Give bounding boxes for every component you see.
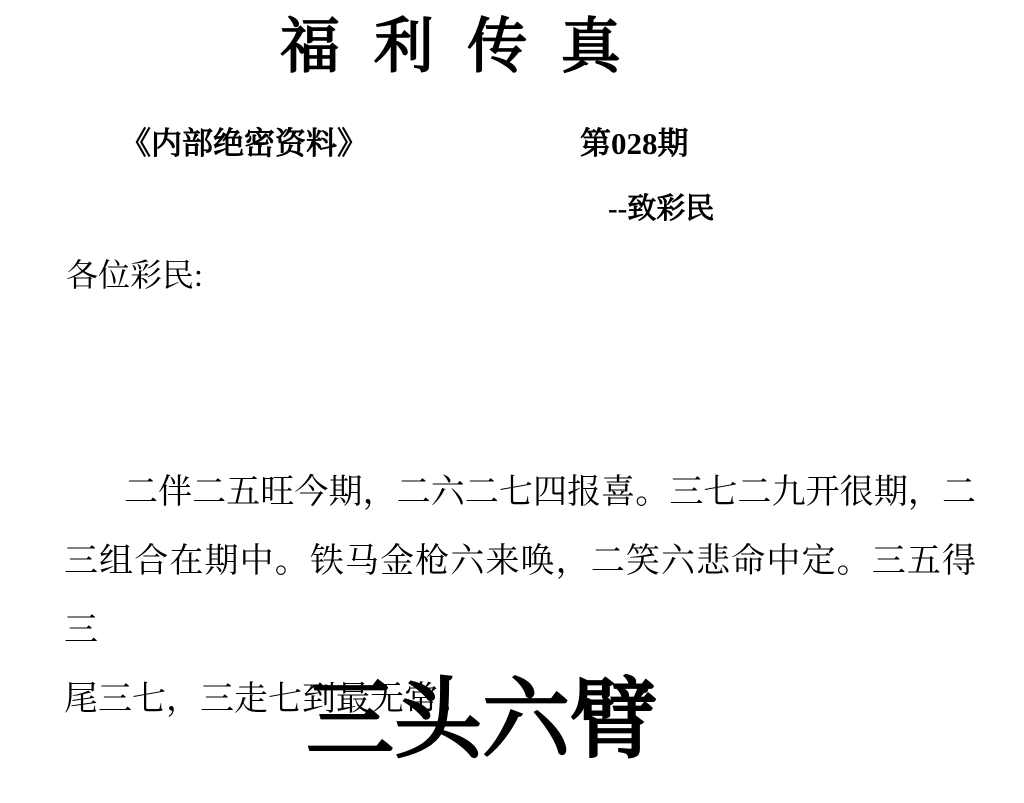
source-label: 《内部绝密资料》: [120, 118, 368, 163]
document-page: 福利传真 《内部绝密资料》 第028期 --致彩民 各位彩民: 二伴二五旺今期，…: [0, 0, 1024, 803]
headline-text: 三头六臂: [0, 672, 964, 772]
salutation-line: 各位彩民:: [66, 250, 203, 296]
dedication-line: --致彩民: [608, 186, 714, 227]
document-title: 福利传真: [280, 16, 654, 78]
poem-line-1: 二伴二五旺今期，二六二七四报喜。三七二九开很期，二: [64, 458, 976, 527]
issue-number: 第028期: [580, 118, 689, 163]
poem-line-2: 三组合在期中。铁马金枪六来唤，二笑六悲命中定。三五得三: [64, 527, 976, 665]
